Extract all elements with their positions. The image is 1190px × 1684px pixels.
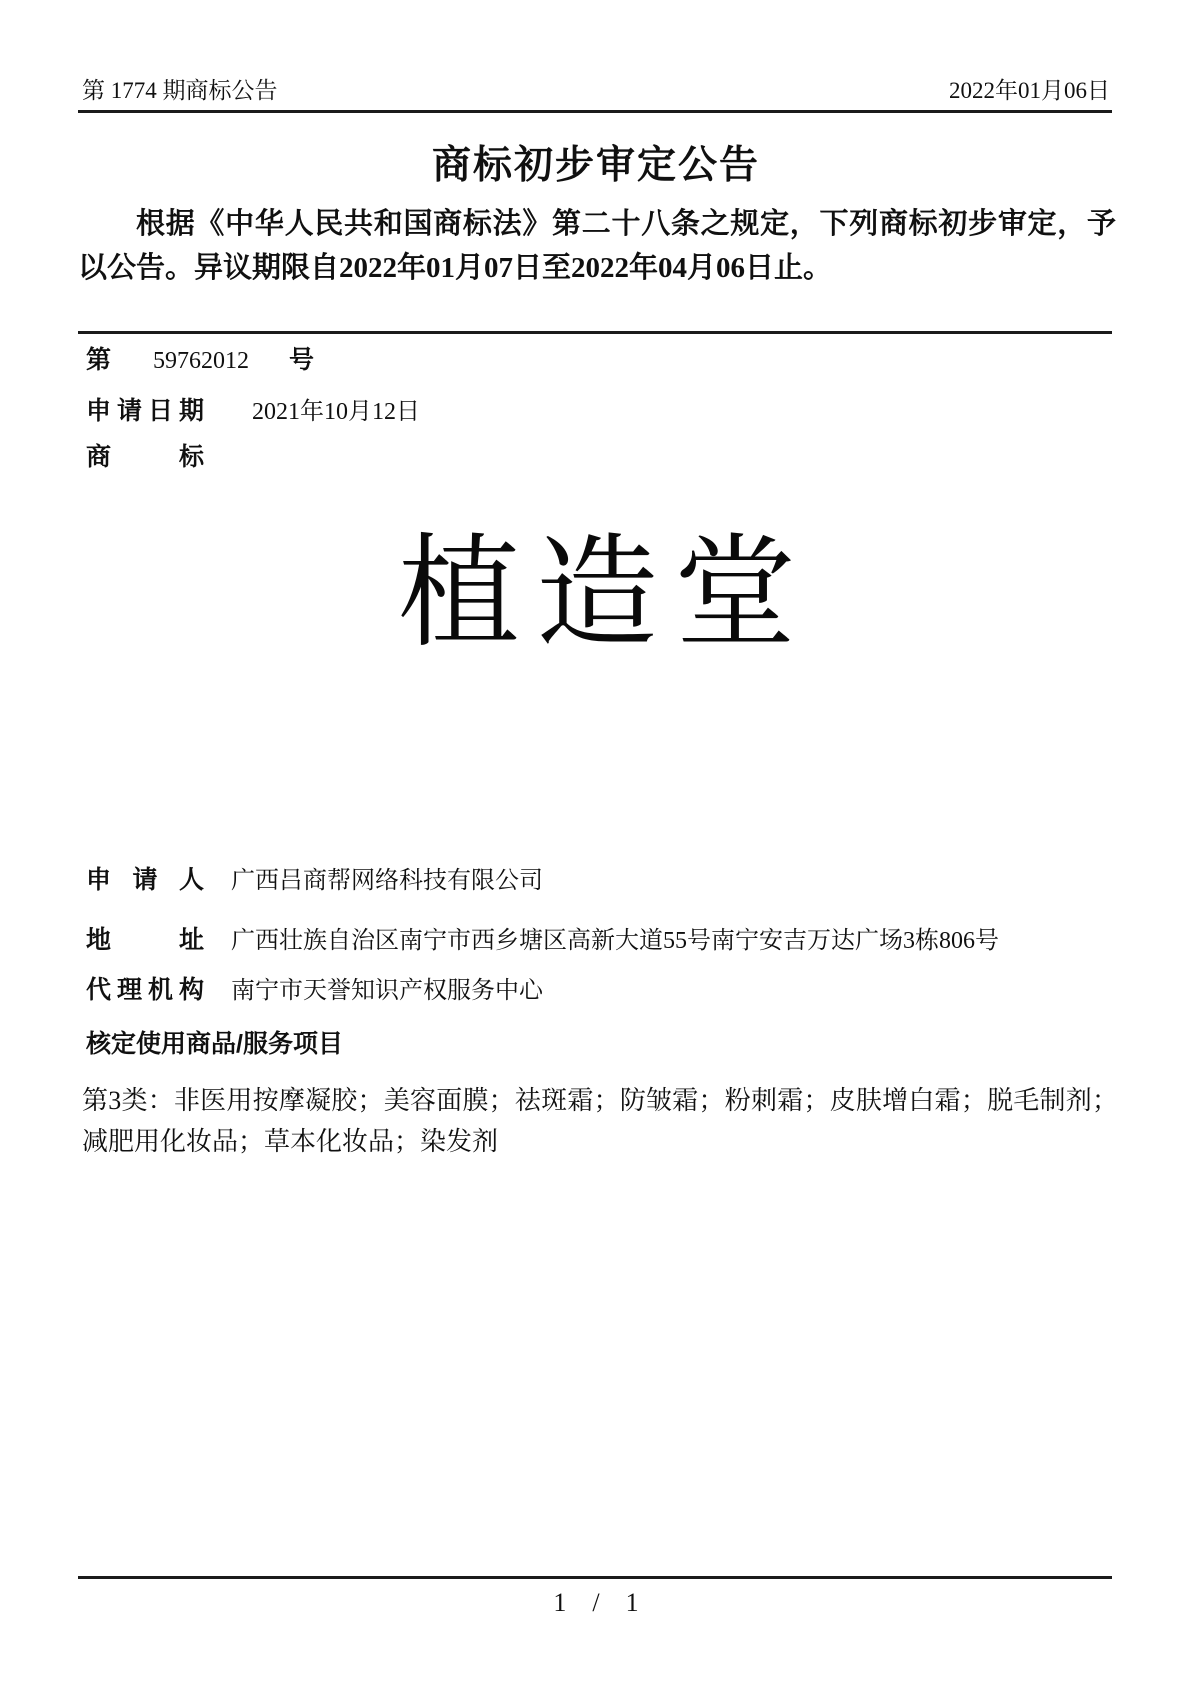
trademark-image-text: 植造堂 xyxy=(80,522,1130,668)
application-number-row: 第59762012号 xyxy=(86,340,314,376)
goods-services-heading: 核定使用商品/服务项目 xyxy=(86,1024,343,1060)
gazette-page: 第 1774 期商标公告 2022年01月06日 商标初步审定公告 根据《中华人… xyxy=(0,0,1190,1684)
agent-label: 代理机构 xyxy=(86,970,204,1006)
trademark-label: 商标 xyxy=(86,437,204,473)
application-number: 59762012 xyxy=(153,348,249,374)
application-number-prefix: 第 xyxy=(86,346,111,374)
applicant-row: 申请人广西吕商帮网络科技有限公司 xyxy=(86,860,543,896)
page-indicator: 1/1 xyxy=(80,1588,1112,1618)
page-total: 1 xyxy=(626,1588,639,1617)
gazette-issue-label: 第 1774 期商标公告 xyxy=(82,72,278,105)
applicant-label: 申请人 xyxy=(86,860,204,896)
document-title: 商标初步审定公告 xyxy=(80,134,1112,190)
agent-row: 代理机构南宁市天誉知识产权服务中心 xyxy=(86,970,543,1006)
application-date-value: 2021年10月12日 xyxy=(252,399,420,425)
address-value: 广西壮族自治区南宁市西乡塘区高新大道55号南宁安吉万达广场3栋806号 xyxy=(231,928,999,954)
page-current: 1 xyxy=(553,1588,566,1617)
page-separator: / xyxy=(592,1588,599,1617)
agent-value: 南宁市天誉知识产权服务中心 xyxy=(231,978,543,1004)
intro-paragraph: 根据《中华人民共和国商标法》第二十八条之规定，下列商标初步审定，予以公告。异议期… xyxy=(78,202,1116,290)
gazette-date-label: 2022年01月06日 xyxy=(949,72,1110,105)
address-label: 地址 xyxy=(86,920,204,956)
application-date-label: 申请日期 xyxy=(86,391,204,427)
section-divider xyxy=(78,331,1112,334)
application-date-row: 申请日期2021年10月12日 xyxy=(86,391,420,427)
address-row: 地址广西壮族自治区南宁市西乡塘区高新大道55号南宁安吉万达广场3栋806号 xyxy=(86,920,999,956)
trademark-label-row: 商标 xyxy=(86,437,204,473)
header-divider xyxy=(78,110,1112,113)
footer-divider xyxy=(78,1576,1112,1579)
applicant-value: 广西吕商帮网络科技有限公司 xyxy=(231,868,543,894)
application-number-suffix: 号 xyxy=(289,346,314,374)
goods-services-list: 第3类：非医用按摩凝胶；美容面膜；祛斑霜；防皱霜；粉刺霜；皮肤增白霜；脱毛制剂；… xyxy=(82,1080,1118,1162)
